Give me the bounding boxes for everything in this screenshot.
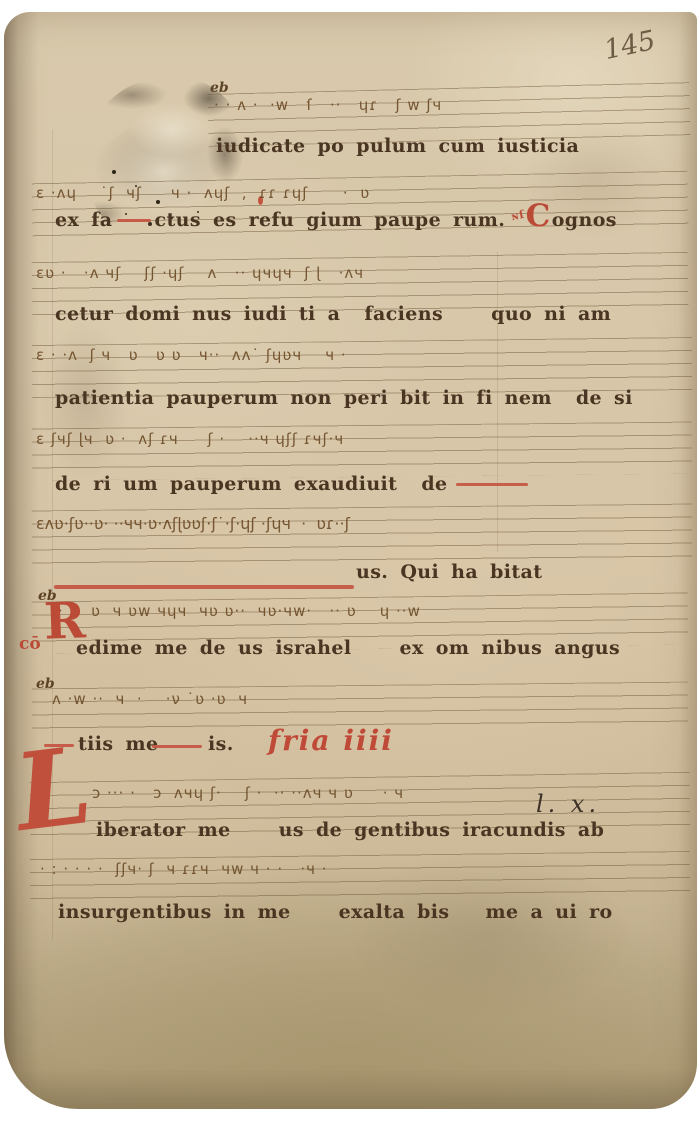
initial-l: L bbox=[10, 732, 97, 846]
ink-specks bbox=[112, 170, 116, 174]
chant-text-line: us. Qui ha bitat bbox=[356, 561, 542, 583]
chant-text-line: patientia pauperum non peri bit in fi ne… bbox=[55, 387, 633, 409]
chant-text-segment: ex fa bbox=[55, 209, 113, 231]
clef-label: eb bbox=[210, 80, 229, 96]
red-siglum: ɴſ bbox=[510, 208, 526, 223]
neume-row: ɔ ··· · ɔ ʌчɥ ʃ· ʃ · ·· ··ʌч ч ʋ · ч bbox=[92, 784, 404, 802]
red-filler-line bbox=[117, 219, 151, 222]
staff-lines bbox=[32, 504, 693, 566]
chant-text-line: iudicate po pulum cum iusticia bbox=[216, 135, 579, 157]
chant-text-line: iberator me us de gentibus iracundis ab bbox=[96, 819, 604, 841]
chant-text-segment: de ri um pauperum exaudiuit de bbox=[55, 473, 448, 495]
rubric-feria-iiii: fria iiii bbox=[268, 724, 394, 757]
manuscript-photo: 145 eb · · ʌ · ·w ſ ·· ɥɾ ʃ w ʃч iudicat… bbox=[0, 0, 700, 1121]
neume-row: ɛʌʋ·ʃʋ··ʋ· ··чч·ʋ·ʌʃɭʋʋʃ·ʃ˙·ʃ·ɥʃ ·ʃɥч · … bbox=[36, 514, 350, 533]
chant-text-segment: tiis me bbox=[78, 733, 159, 755]
chant-text-segment: ognos bbox=[552, 209, 617, 231]
neume-row: ɛ ·ʌɥ ˙ʃ чʃ ч · ʌɥʃ , ɾɾ ɾɥʃ · ʋ bbox=[36, 184, 370, 202]
neume-row: ɛ ʃчʃ ɭч ʋ · ʌʃ ɾч ʃ · ··ч ɥʃʃ ɾчʃ·ч bbox=[36, 430, 344, 448]
red-filler-line bbox=[456, 483, 528, 486]
neume-row: ʌ ·w ·· ч · ·ν ˙ʋ ·ʋ ч bbox=[52, 690, 248, 708]
chant-text-line: cetur domi nus iudi ti a faciens quo ni … bbox=[55, 303, 611, 325]
margin-annotation: l. x. bbox=[536, 790, 600, 818]
neume-row: · · ʌ · ·w ſ ·· ɥɾ ʃ w ʃч bbox=[214, 96, 442, 114]
chant-text-line: insurgentibus in me exalta bis me a ui r… bbox=[58, 901, 613, 923]
chant-text-line: de ri um pauperum exaudiuit de bbox=[55, 473, 528, 495]
chant-text-segment: is. bbox=[208, 733, 234, 755]
chant-text-line: ex fa ctus es refu gium paupe rum. ɴſ C … bbox=[55, 209, 617, 231]
neume-row: ɛʋ · ·ʌ чʃ ʃʃ ·ɥʃ ʌ ·· ɥчɥч ʃ ɭ ·ʌч bbox=[36, 264, 364, 282]
neume-row: · ʋ ʋ ч ʋw чɥч чʋ ʋ·· чʋ·чw· ·· ʋ ɥ ··w bbox=[58, 602, 421, 620]
communio-margin-mark: cō bbox=[19, 634, 41, 654]
chant-text-segment: ctus es refu gium paupe rum. bbox=[155, 209, 506, 231]
neume-row: ɛ · ·ʌ ʃ ч ʋ ʋ ʋ ч·· ʌʌ˙ ʃɥʋч ч · bbox=[36, 346, 347, 364]
red-filler-line bbox=[54, 585, 354, 589]
neume-row: · : · · · · ʃʃч· ʃ ч ɾɾч чw ч · · ·ч · bbox=[40, 860, 328, 878]
chant-text-line: edime me de us israhel ex om nibus angus bbox=[76, 637, 620, 659]
red-filler-line bbox=[152, 745, 202, 748]
